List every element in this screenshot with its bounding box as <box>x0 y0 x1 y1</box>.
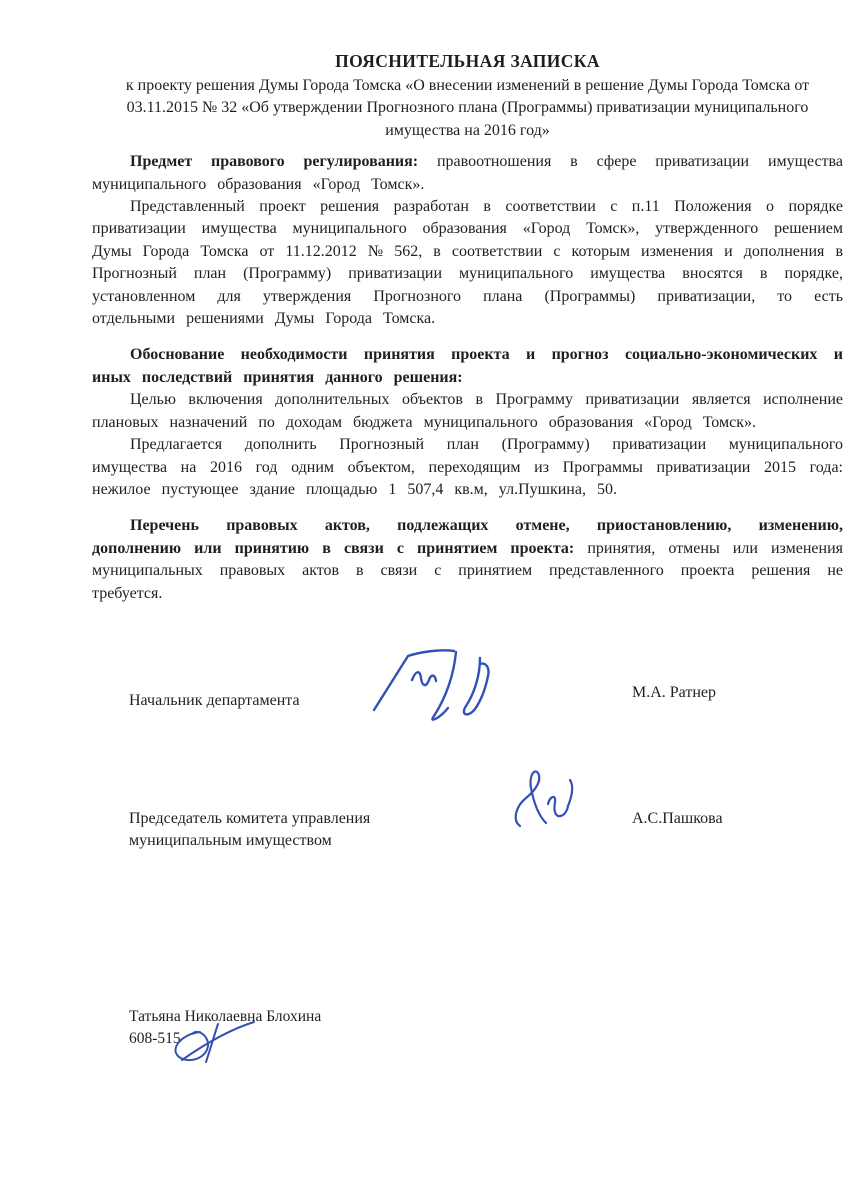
paragraph-basis: Представленный проект решения разработан… <box>92 196 843 330</box>
paragraph-subject-lead: Предмет правового регулирования: <box>130 153 418 170</box>
paragraph-subject: Предмет правового регулирования: правоот… <box>92 151 843 196</box>
paragraph-goal-text: Целью включения дополнительных объектов … <box>92 391 843 430</box>
paragraph-justification-heading: Обоснование необходимости принятия проек… <box>92 344 843 389</box>
paragraph-justification-lead: Обоснование необходимости принятия проек… <box>92 346 843 385</box>
paragraph-basis-text: Представленный проект решения разработан… <box>92 198 843 327</box>
doc-subtitle: к проекту решения Думы Города Томска «О … <box>92 75 843 142</box>
signature-name-ratner: М.А. Ратнер <box>632 682 716 704</box>
ratner-signature-icon <box>368 646 513 728</box>
signature-role-committee-chair: Председатель комитета управления муницип… <box>129 808 424 852</box>
paragraph-proposal: Предлагается дополнить Прогнозный план (… <box>92 434 843 501</box>
document-page: ПОЯСНИТЕЛЬНАЯ ЗАПИСКА к проекту решения … <box>0 0 850 1202</box>
signature-role-head-of-department: Начальник департамента <box>129 690 300 712</box>
paragraph-acts-list: Перечень правовых актов, подлежащих отме… <box>92 515 843 605</box>
paragraph-goal: Целью включения дополнительных объектов … <box>92 389 843 434</box>
pashkova-signature-icon <box>508 766 583 838</box>
blokhina-signature-icon <box>166 1016 266 1068</box>
paragraph-proposal-text: Предлагается дополнить Прогнозный план (… <box>92 436 843 498</box>
doc-title: ПОЯСНИТЕЛЬНАЯ ЗАПИСКА <box>92 50 843 72</box>
signature-name-pashkova: А.С.Пашкова <box>632 808 723 830</box>
document-text-block: ПОЯСНИТЕЛЬНАЯ ЗАПИСКА к проекту решения … <box>92 50 843 605</box>
